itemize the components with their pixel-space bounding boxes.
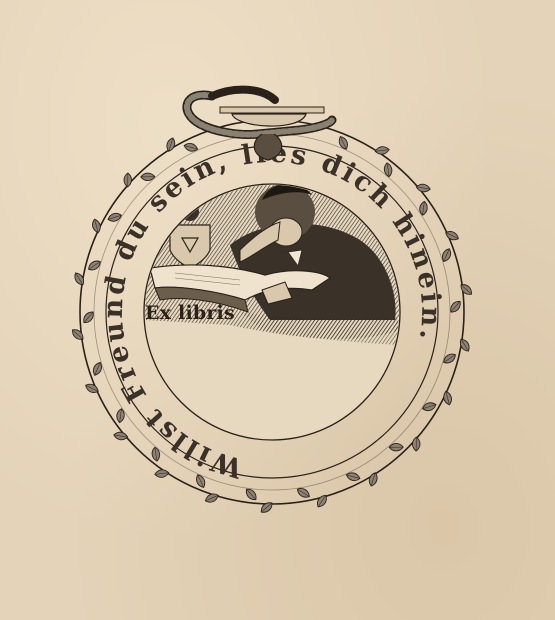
ex-libris-label: Ex libris: [145, 302, 235, 324]
bookplate-illustration: Willst Freund du sein, lies dich hinein.: [0, 0, 555, 620]
